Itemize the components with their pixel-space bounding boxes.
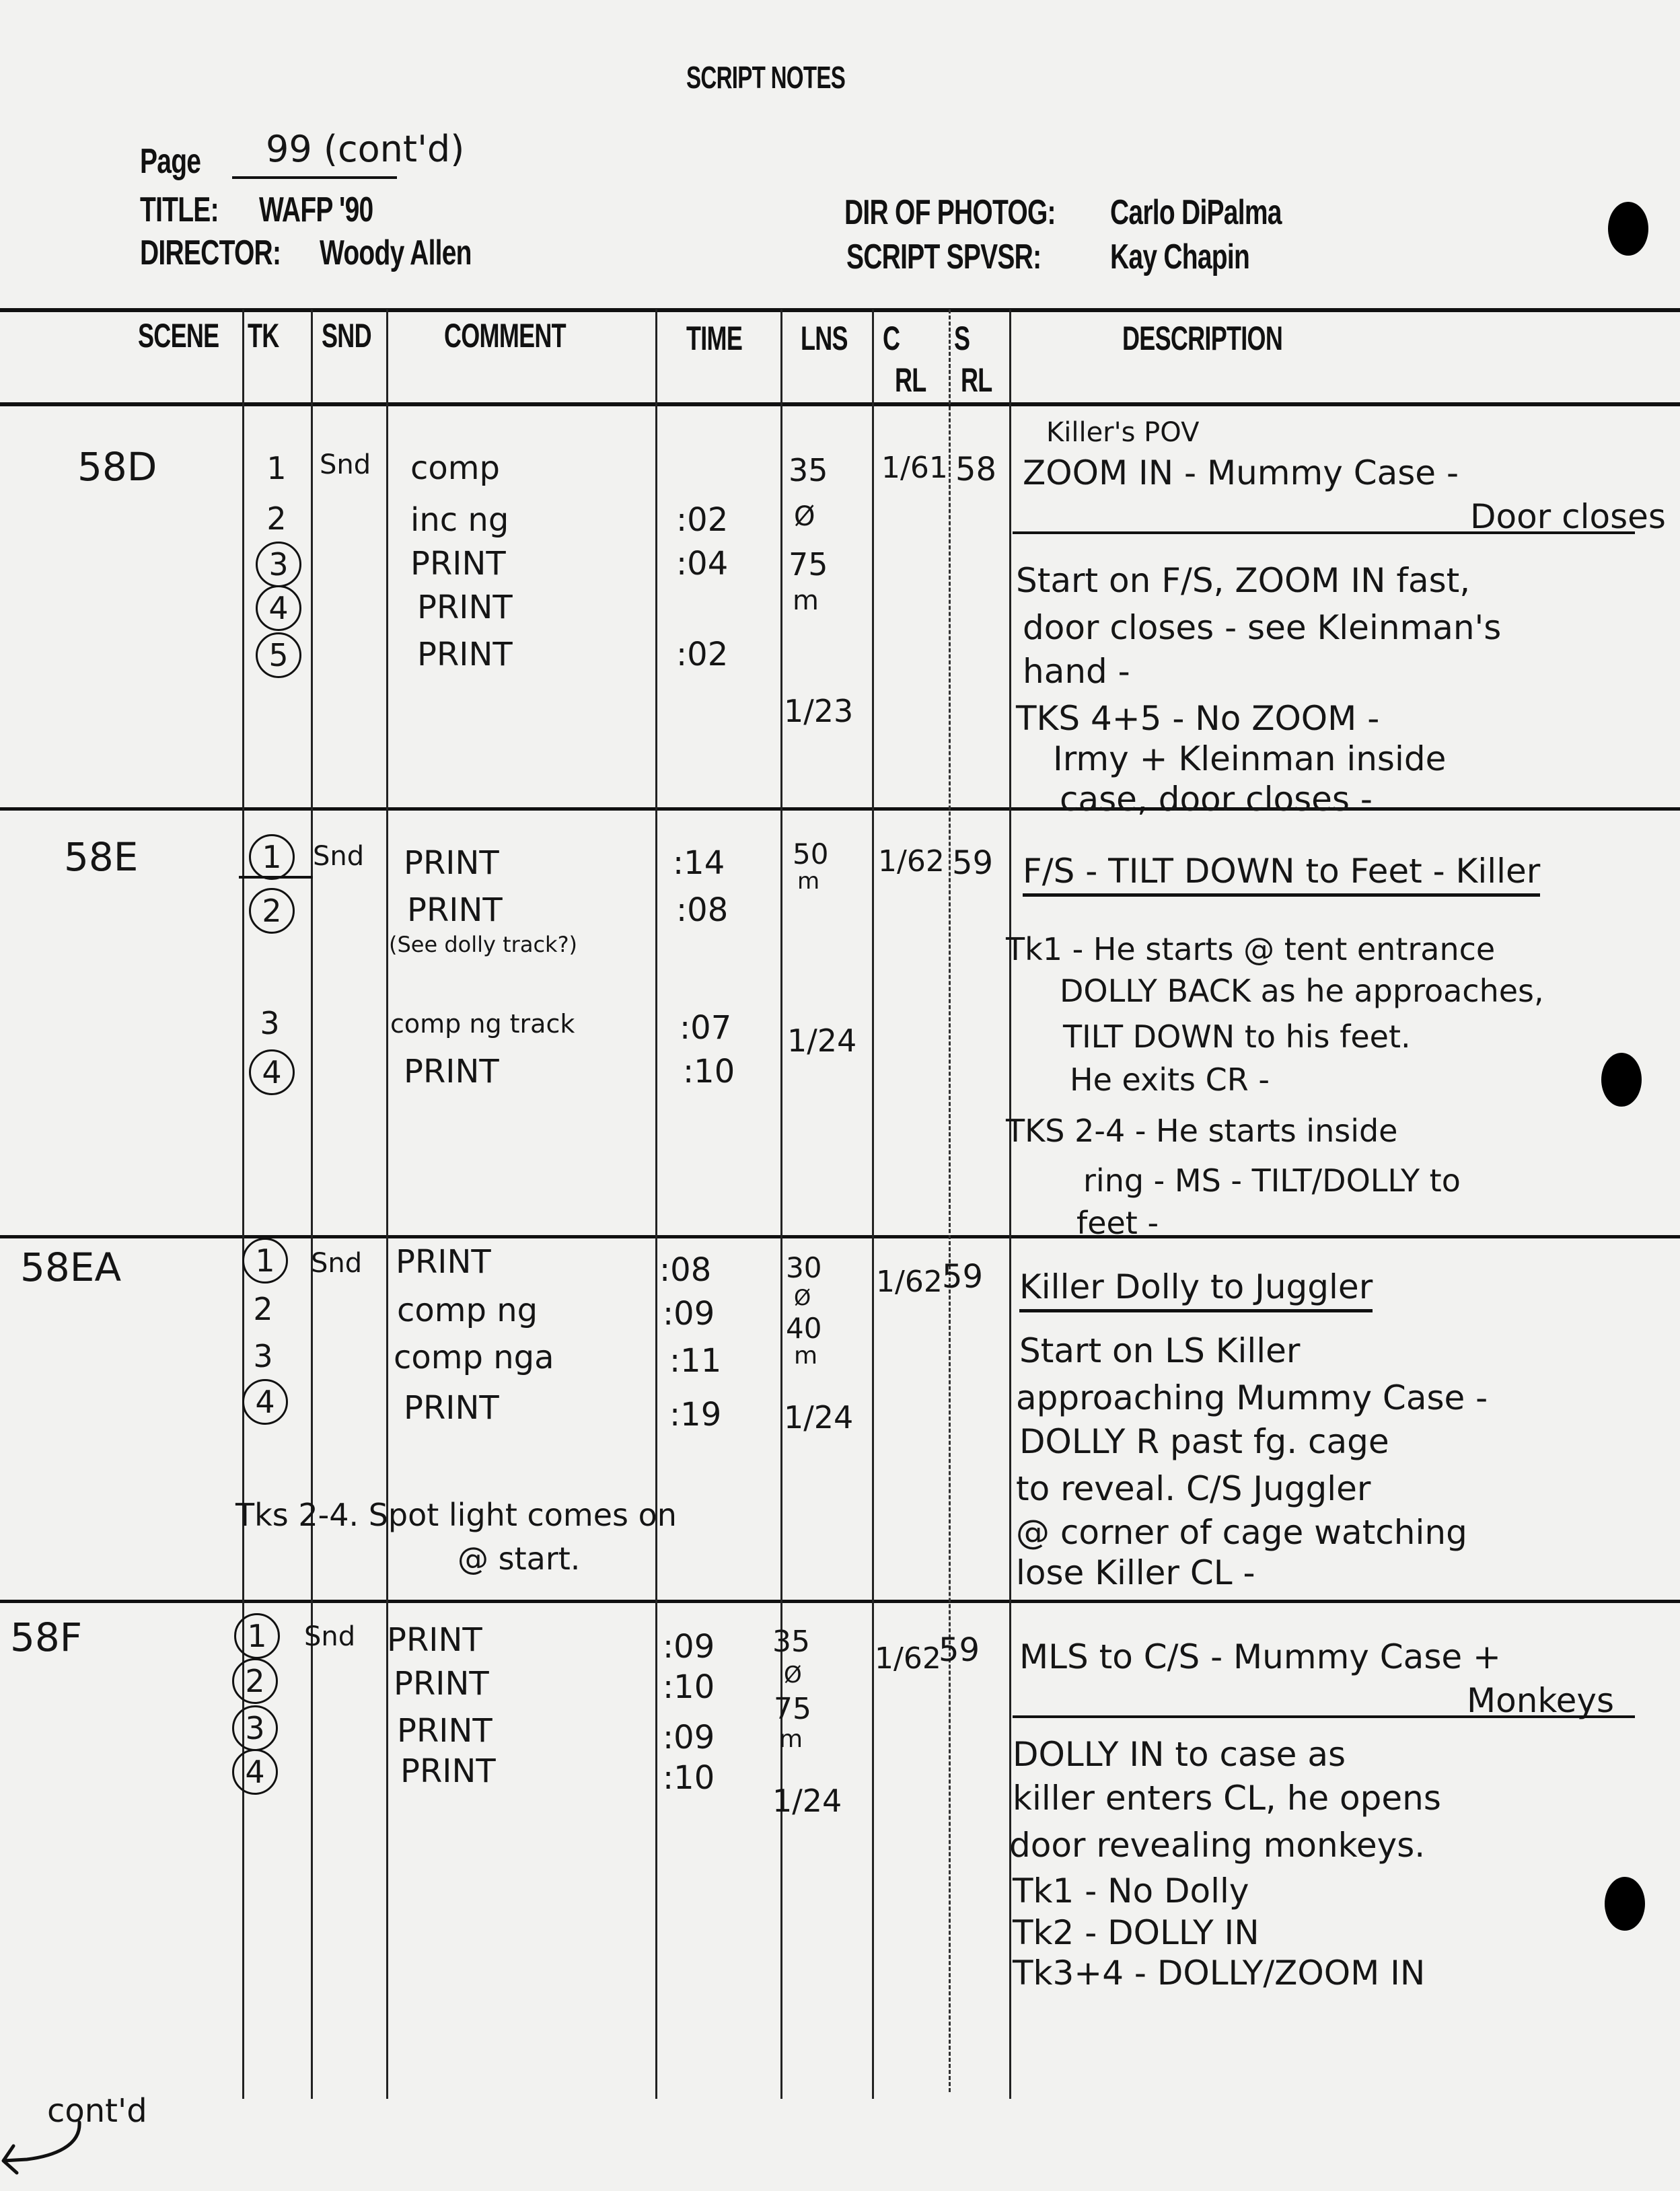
take-number-circled: 2	[249, 888, 295, 934]
scene-note: Tks 2-4. Spot light comes on	[235, 1497, 677, 1533]
col-rule	[872, 309, 874, 2099]
description-heading: Killer's POV	[1046, 410, 1199, 455]
row-divider	[0, 1600, 1680, 1603]
header-bottom-rule	[0, 402, 1680, 406]
take-time: :09	[663, 1719, 715, 1756]
take-time: :09	[663, 1628, 715, 1666]
description-line: lose Killer CL -	[1016, 1551, 1255, 1595]
col-time: TIME	[686, 319, 742, 358]
snd-value: Snd	[311, 1248, 362, 1279]
take-time: :11	[669, 1342, 721, 1380]
take-comment: PRINT	[404, 1053, 499, 1090]
lens-value: 1/24	[787, 1023, 856, 1059]
take-time: :19	[669, 1396, 721, 1434]
table-top-rule	[0, 308, 1680, 312]
snd-value: Snd	[304, 1621, 355, 1652]
lens-value: 75	[789, 546, 828, 583]
take-number-circled: 3	[232, 1705, 278, 1751]
take-time: :08	[659, 1251, 711, 1289]
scene-number: 58F	[10, 1614, 82, 1660]
binder-hole	[1605, 1877, 1645, 1931]
take-comment: comp ng	[397, 1292, 538, 1329]
col-c-rl: RL	[895, 361, 926, 400]
lens-value: 1/24	[784, 1399, 853, 1436]
description-line: DOLLY BACK as he approaches,	[1060, 969, 1544, 1013]
col-rule-dashed	[949, 309, 951, 2092]
form-title: SCRIPT NOTES	[686, 59, 845, 96]
take-comment: PRINT	[396, 1243, 491, 1281]
snd-value: Snd	[320, 449, 371, 480]
col-lns: LNS	[801, 319, 848, 358]
description-line: door revealing monkeys.	[1009, 1823, 1425, 1867]
take-number-circled: 2	[232, 1658, 278, 1704]
take-separator	[239, 876, 313, 879]
description-heading-rule	[1013, 1715, 1635, 1718]
description-line: TKS 4+5 - No ZOOM -	[1016, 696, 1379, 741]
lens-value: 40	[786, 1312, 821, 1345]
description-line: Start on LS Killer	[1019, 1329, 1300, 1373]
col-rule	[311, 309, 313, 2099]
description-line: Tk1 - No Dolly	[1013, 1869, 1249, 1913]
c-rl-value: 1/61	[881, 451, 948, 485]
lens-value: 75	[774, 1692, 811, 1726]
s-rl-value: 59	[939, 1631, 980, 1669]
take-time: :07	[680, 1009, 731, 1047]
scene-note: @ start.	[458, 1540, 580, 1577]
take-comment: PRINT	[407, 891, 503, 929]
take-comment: PRINT	[397, 1712, 492, 1750]
col-scene: SCENE	[138, 316, 219, 355]
take-number-circled: 4	[232, 1749, 278, 1795]
lens-value: m	[797, 868, 819, 895]
take-time: :02	[676, 636, 728, 673]
take-number-circled: 1	[242, 1238, 288, 1284]
left-arrow-icon	[0, 2119, 94, 2191]
supervisor-label: SCRIPT SPVSR:	[846, 237, 1041, 277]
col-tk: TK	[248, 316, 279, 355]
take-time: :04	[676, 545, 728, 583]
lens-value: 1/23	[784, 693, 853, 729]
director-label: DIRECTOR:	[140, 233, 281, 273]
s-rl-value: 59	[952, 844, 993, 882]
take-comment: PRINT	[387, 1621, 482, 1659]
take-comment: PRINT	[394, 1665, 489, 1703]
description-heading: MLS to C/S - Mummy Case +	[1019, 1635, 1501, 1679]
description-heading: F/S - TILT DOWN to Feet - Killer	[1023, 849, 1540, 897]
take-number: 2	[256, 498, 297, 540]
take-number-circled: 4	[242, 1379, 288, 1425]
col-description: DESCRIPTION	[1122, 319, 1282, 358]
take-number: 3	[242, 1335, 284, 1377]
scene-number: 58D	[77, 444, 157, 490]
description-line: @ corner of cage watching	[1016, 1510, 1467, 1555]
col-rule	[386, 309, 388, 2099]
take-time: :09	[663, 1295, 715, 1333]
row-divider	[0, 807, 1680, 811]
title-label: TITLE:	[140, 190, 219, 230]
c-rl-value: 1/62	[875, 1641, 941, 1676]
description-line: feet -	[1076, 1201, 1159, 1245]
description-line: He exits CR -	[1070, 1057, 1270, 1102]
description-line: Irmy + Kleinman inside	[1053, 737, 1446, 781]
description-line: ring - MS - TILT/DOLLY to	[1083, 1158, 1461, 1203]
description-heading-rule	[1013, 531, 1635, 534]
lens-value: 35	[789, 452, 828, 488]
take-number: 3	[249, 1002, 291, 1044]
c-rl-value: 1/62	[878, 844, 945, 879]
director-value: Woody Allen	[320, 233, 472, 273]
description-line: Tk2 - DOLLY IN	[1013, 1910, 1259, 1955]
take-number-circled: 3	[256, 542, 301, 587]
col-rule	[242, 309, 244, 2099]
scene-number: 58E	[64, 834, 138, 880]
lens-value: 50	[793, 838, 828, 870]
take-time: :10	[683, 1053, 735, 1090]
description-line: TKS 2-4 - He starts inside	[1006, 1109, 1397, 1153]
lens-value: 1/24	[772, 1783, 842, 1819]
take-number-circled: 1	[234, 1613, 280, 1659]
description-heading: Killer Dolly to Juggler	[1019, 1265, 1373, 1312]
dop-label: DIR OF PHOTOG:	[844, 192, 1056, 233]
lens-value: 30	[786, 1251, 821, 1284]
page-underline	[232, 176, 397, 179]
binder-hole	[1608, 202, 1648, 256]
take-comment: comp	[410, 449, 500, 487]
take-number: 1	[256, 447, 297, 489]
take-time: :10	[663, 1668, 715, 1706]
col-snd: SND	[322, 316, 371, 355]
scene-number: 58EA	[20, 1245, 121, 1290]
lens-value: Ø	[784, 1662, 802, 1688]
description-line: Tk1 - He starts @ tent entrance	[1006, 927, 1495, 971]
take-time: :08	[676, 891, 728, 929]
page-value: 99 (cont'd)	[266, 128, 464, 170]
take-comment: comp ng track	[390, 1009, 575, 1039]
take-number-circled: 4	[249, 1049, 295, 1095]
description-line: Start on F/S, ZOOM IN fast,	[1016, 558, 1470, 603]
take-comment: PRINT	[404, 844, 499, 882]
description-line: Tk3+4 - DOLLY/ZOOM IN	[1013, 1951, 1425, 1995]
take-comment: PRINT	[400, 1752, 496, 1790]
col-s-rl: RL	[961, 361, 992, 400]
col-c: C	[883, 319, 900, 358]
description-line: to reveal. C/S Juggler	[1016, 1466, 1371, 1511]
col-rule	[780, 309, 782, 2099]
col-comment: COMMENT	[444, 316, 566, 355]
take-number-circled: 1	[249, 834, 295, 880]
take-comment: comp nga	[394, 1339, 554, 1376]
row-divider	[0, 1235, 1680, 1238]
description-line: hand -	[1023, 649, 1130, 694]
s-rl-value: 58	[955, 451, 996, 488]
col-s: S	[954, 319, 970, 358]
take-number-circled: 5	[256, 632, 301, 678]
lens-value: 35	[772, 1625, 810, 1659]
s-rl-value: 59	[942, 1258, 983, 1296]
description-line: DOLLY IN to case as	[1013, 1732, 1346, 1777]
take-comment: PRINT	[417, 589, 513, 626]
description-line: door closes - see Kleinman's	[1023, 605, 1501, 650]
description-line: killer enters CL, he opens	[1013, 1776, 1441, 1820]
description-heading: ZOOM IN - Mummy Case -	[1023, 451, 1459, 495]
col-rule	[655, 309, 657, 2099]
take-number-circled: 4	[256, 585, 301, 631]
lens-value: Ø	[794, 501, 815, 532]
take-comment: inc ng	[410, 501, 509, 539]
take-time: :14	[673, 844, 725, 882]
take-comment: PRINT	[404, 1389, 499, 1427]
c-rl-value: 1/62	[876, 1265, 943, 1299]
snd-value: Snd	[313, 841, 364, 872]
page-label: Page	[140, 141, 200, 182]
title-value: WAFP '90	[259, 190, 373, 230]
description-line: case, door closes -	[1060, 777, 1373, 821]
take-time: :10	[663, 1759, 715, 1797]
take-comment: PRINT	[417, 636, 513, 673]
take-time: :02	[676, 501, 728, 539]
binder-hole	[1601, 1053, 1642, 1107]
lens-value: m	[794, 1342, 817, 1370]
description-line: TILT DOWN to his feet.	[1063, 1014, 1411, 1059]
dop-value: Carlo DiPalma	[1110, 192, 1282, 233]
supervisor-value: Kay Chapin	[1110, 237, 1249, 277]
description-line: approaching Mummy Case -	[1016, 1376, 1488, 1420]
take-comment: PRINT	[410, 545, 506, 583]
lens-value: m	[793, 585, 819, 616]
lens-value: Ø	[794, 1285, 811, 1310]
take-comment-note: (See dolly track?)	[389, 932, 577, 957]
description-line: DOLLY R past fg. cage	[1019, 1419, 1389, 1464]
lens-value: m	[779, 1725, 803, 1753]
take-number: 2	[242, 1288, 284, 1330]
